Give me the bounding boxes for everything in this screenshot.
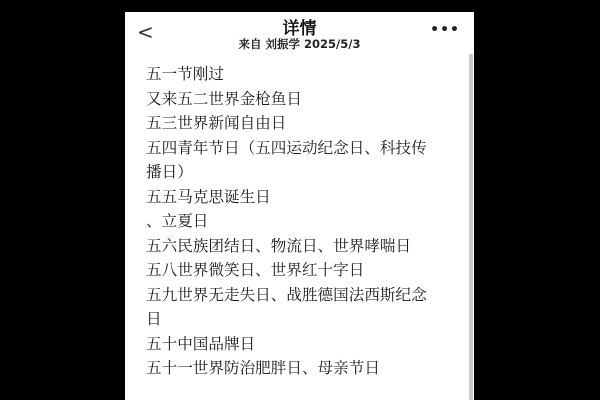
content-line: 五八世界微笑日、世界红十字日 <box>146 258 461 283</box>
content-line: 五四青年节日（五四运动纪念日、科技传 <box>146 136 461 161</box>
content-line: 又来五二世界金枪鱼日 <box>146 87 461 112</box>
more-horizontal-icon[interactable]: ••• <box>430 22 460 38</box>
post-content: 五一节刚过 又来五二世界金枪鱼日 五三世界新闻自由日 五四青年节日（五四运动纪念… <box>146 62 461 381</box>
content-line: 、立夏日 <box>146 209 461 234</box>
content-line: 五五马克思诞生日 <box>146 185 461 210</box>
content-line: 五九世界无走失日、战胜德国法西斯纪念 <box>146 283 461 308</box>
content-line: 五十一世界防治肥胖日、母亲节日 <box>146 356 461 381</box>
content-line: 播日） <box>146 160 461 185</box>
content-line: 五三世界新闻自由日 <box>146 111 461 136</box>
detail-panel: < 详情 来自 刘振学 2025/5/3 ••• 五一节刚过 又来五二世界金枪鱼… <box>125 12 474 400</box>
content-line: 五十中国品牌日 <box>146 332 461 357</box>
page-subtitle: 来自 刘振学 2025/5/3 <box>125 36 474 52</box>
content-line: 日 <box>146 307 461 332</box>
content-line: 五六民族团结日、物流日、世界哮喘日 <box>146 234 461 259</box>
content-line: 五一节刚过 <box>146 62 461 87</box>
scrollbar[interactable] <box>469 54 473 400</box>
header-bar: < 详情 来自 刘振学 2025/5/3 ••• <box>125 12 474 56</box>
